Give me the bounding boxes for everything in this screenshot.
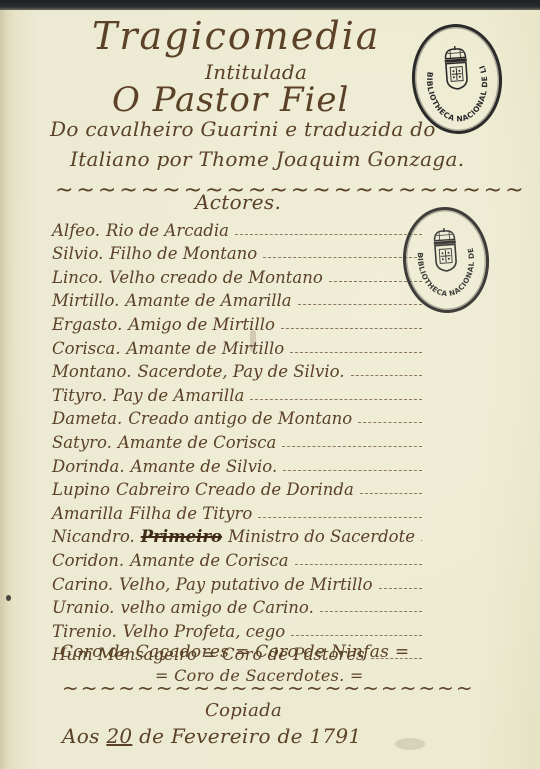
character-name: Montano. (52, 362, 131, 381)
character-name: Carino. (52, 575, 113, 594)
date-prefix: Aos (62, 724, 100, 748)
copy-date: Aos 20 de Fevereiro de 1791 (62, 724, 361, 748)
dash-leader (379, 588, 422, 589)
cast-row: Alfeo.Rio de Arcadia (52, 216, 422, 240)
character-name: Amarilla (52, 504, 123, 523)
character-role: Cabreiro Creado de Dorinda (116, 480, 354, 499)
character-role: Ministro do Sacerdote (228, 527, 415, 546)
manuscript-page: Tragicomedia Intitulada O Pastor Fiel Do… (0, 0, 540, 769)
character-name: Dameta. (52, 409, 122, 428)
library-stamp: BIBLIOTHECA NACIONAL DE LISBOA (408, 21, 505, 137)
decorative-flourish-2: ~~~~~~~~~~~~~~~~~~~~~~ (62, 676, 475, 700)
cast-row: AmarillaFilha de Tityro (52, 499, 422, 523)
dash-leader (298, 304, 422, 305)
dash-leader (258, 517, 422, 518)
struck-through-word: Primeiro (141, 527, 222, 546)
character-role: Creado antigo de Montano (128, 409, 352, 428)
dash-leader (360, 493, 422, 494)
dash-leader (283, 470, 422, 471)
character-role: Amante de Amarilla (125, 291, 291, 310)
cast-row: Tityro.Pay de Amarilla (52, 381, 422, 405)
character-name: Ergasto. (52, 315, 122, 334)
character-name: Mirtillo. (52, 291, 119, 310)
cast-row: Ergasto.Amigo de Mirtillo (52, 310, 422, 334)
library-stamp: BIBLIOTHECA NACIONAL DE LISBOA (399, 204, 492, 316)
dash-leader (250, 399, 422, 400)
dash-leader (290, 352, 422, 353)
character-role: Sacerdote, Pay de Silvio. (137, 362, 344, 381)
character-name: Linco. (52, 268, 103, 287)
character-name: Coridon. (52, 551, 124, 570)
attribution-line-1: Do cavalheiro Guarini e traduzida do (50, 117, 436, 141)
choir-line-1: Coro de Caçadores = Coro de Ninfas = (60, 642, 409, 662)
ink-smudge (250, 330, 256, 352)
cast-row: Tirenio.Velho Profeta, cego (52, 617, 422, 641)
character-role: Velho, Pay putativo de Mirtillo (119, 575, 372, 594)
character-name: Uranio. (52, 598, 114, 617)
ink-spot (6, 595, 11, 601)
cast-row: Montano.Sacerdote, Pay de Silvio. (52, 358, 422, 382)
character-name: Satyro. (52, 433, 112, 452)
cast-row: Corisca.Amante de Mirtillo (52, 334, 422, 358)
dash-leader (351, 375, 422, 376)
date-rest: de Fevereiro de 1791 (139, 724, 361, 748)
cast-row: Coridon.Amante de Corisca (52, 546, 422, 570)
character-role: Filho de Montano (109, 244, 257, 263)
decorative-flourish: ~~~~~~~~~~~~~~~~~~~~~~ (55, 178, 527, 203)
cast-row: Mirtillo.Amante de Amarilla (52, 287, 422, 311)
character-role: velho amigo de Carino. (120, 598, 313, 617)
character-role: Filha de Tityro (129, 504, 252, 523)
character-name: Tityro. (52, 386, 107, 405)
character-role: Pay de Amarilla (113, 386, 244, 405)
copied-label: Copiada (205, 700, 282, 721)
attribution-line-2: Italiano por Thome Joaquim Gonzaga. (70, 147, 464, 171)
document-title: Tragicomedia (92, 14, 380, 58)
character-name: Lupino (52, 480, 110, 499)
character-role: Rio de Arcadia (106, 221, 229, 240)
character-role: Amante de Mirtillo (127, 339, 285, 358)
crowned-shield-icon (440, 45, 473, 91)
character-name: Alfeo. (52, 221, 100, 240)
cast-row: Satyro.Amante de Corisca (52, 428, 422, 452)
character-name: Silvio. (52, 244, 103, 263)
cast-row: Nicandro.PrimeiroMinistro do Sacerdote (52, 523, 422, 547)
cast-row: LupinoCabreiro Creado de Dorinda (52, 476, 422, 500)
character-role: Amante de Corisca (130, 551, 289, 570)
actors-heading: Actores. (195, 190, 281, 214)
cast-row: Dameta.Creado antigo de Montano (52, 405, 422, 429)
character-name: Tirenio. (52, 622, 117, 641)
cast-list: Alfeo.Rio de Arcadia Silvio.Filho de Mon… (52, 216, 422, 664)
character-role: Amante de Silvio. (131, 457, 278, 476)
dash-leader (421, 540, 422, 541)
cast-row: Carino.Velho, Pay putativo de Mirtillo (52, 570, 422, 594)
character-role: Amante de Corisca (118, 433, 277, 452)
dash-leader (358, 422, 422, 423)
dash-leader (320, 611, 422, 612)
character-role: Velho creado de Montano (109, 268, 323, 287)
character-name: Dorinda. (52, 457, 125, 476)
cast-row: Silvio.Filho de Montano (52, 240, 422, 264)
scan-edge-band (0, 0, 540, 10)
character-role: Velho Profeta, cego (123, 622, 286, 641)
crowned-shield-icon (429, 227, 462, 273)
character-name: Corisca. (52, 339, 121, 358)
dash-leader (281, 328, 422, 329)
dash-leader (235, 234, 422, 235)
cast-row: Dorinda.Amante de Silvio. (52, 452, 422, 476)
dash-leader (263, 257, 422, 258)
character-name: Nicandro. (52, 527, 135, 546)
dash-leader (282, 446, 422, 447)
ink-smudge (395, 738, 425, 750)
cast-row: Uranio.velho amigo de Carino. (52, 594, 422, 618)
date-day: 20 (106, 724, 132, 748)
dash-leader (291, 635, 422, 636)
dash-leader (295, 564, 422, 565)
play-title: O Pastor Fiel (112, 80, 349, 120)
cast-row: Linco.Velho creado de Montano (52, 263, 422, 287)
